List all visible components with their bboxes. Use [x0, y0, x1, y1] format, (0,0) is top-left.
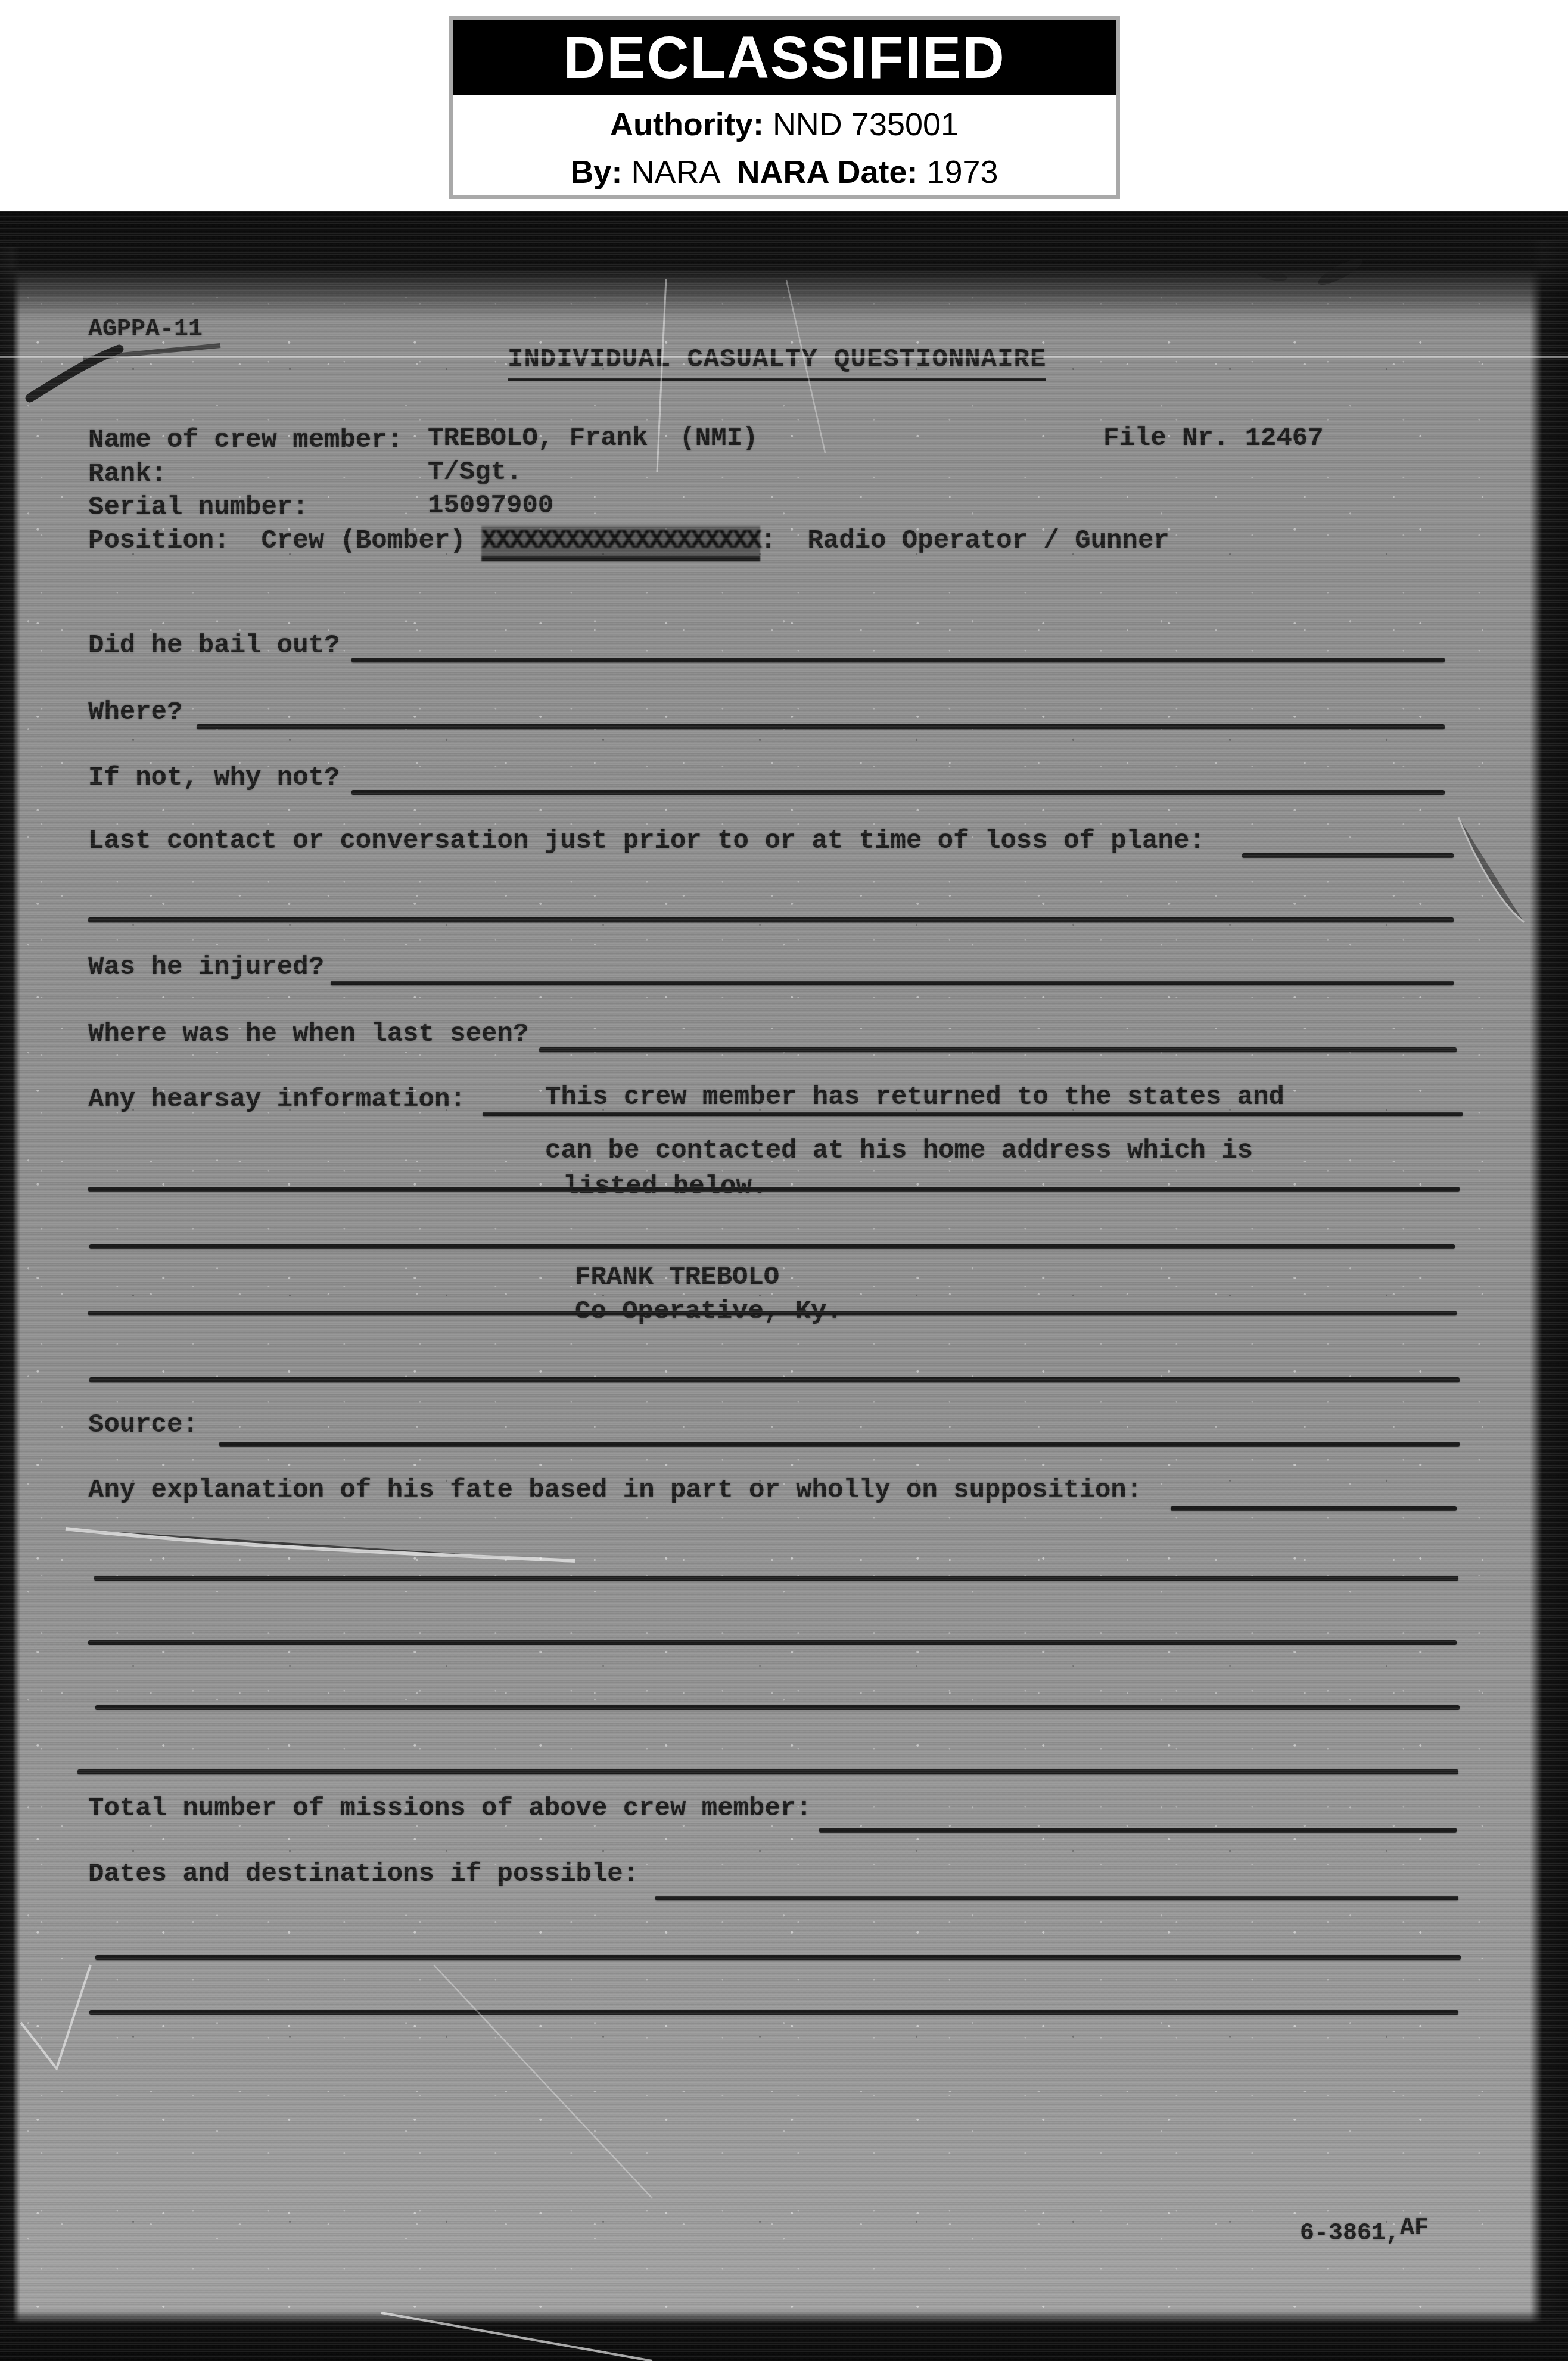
- answer-line: [197, 724, 1445, 729]
- answer-line: [483, 1112, 1463, 1116]
- declassified-stamp: DECLASSIFIED Authority: NND 735001 By: N…: [449, 16, 1120, 199]
- answer-line: [331, 981, 1454, 985]
- footer-code-suffix: AF: [1400, 2215, 1429, 2242]
- name-label: Name of crew member:: [88, 426, 403, 455]
- answer-line: [539, 1047, 1457, 1052]
- rank-value: T/Sgt.: [428, 458, 522, 487]
- scan-edge-bottom: [0, 2310, 1568, 2361]
- scan-edge-top: [0, 211, 1568, 319]
- position-row: Position: Crew (Bomber) XXXXXXXXXXXXXXXX…: [88, 527, 1169, 555]
- file-value: 12467: [1245, 424, 1324, 453]
- answer-line: [88, 1187, 1460, 1192]
- answer-line: [95, 1955, 1461, 1960]
- answer-line: [95, 1705, 1460, 1710]
- answer-line: [351, 790, 1445, 795]
- answer-line: [89, 1377, 1460, 1382]
- scan-edge-right: [1530, 240, 1568, 2361]
- hearsay-answer-line1: This crew member has returned to the sta…: [545, 1083, 1284, 1112]
- by-row: By: NARA NARA Date: 1973: [570, 154, 998, 191]
- question-bail-out: Did he bail out?: [88, 632, 340, 660]
- question-where: Where?: [88, 698, 182, 727]
- contact-name: FRANK TREBOLO: [575, 1263, 779, 1292]
- footer-code: 6-3861,AF: [1300, 2221, 1429, 2247]
- hearsay-answer-line2: can be contacted at his home address whi…: [545, 1137, 1253, 1165]
- question-injured: Was he injured?: [88, 953, 324, 982]
- declassified-banner: DECLASSIFIED: [453, 20, 1116, 95]
- question-last-contact: Last contact or conversation just prior …: [88, 827, 1205, 856]
- answer-line: [655, 1896, 1458, 1900]
- scan-edge-left: [0, 247, 20, 2361]
- position-colon: :: [760, 526, 807, 556]
- question-source: Source:: [88, 1411, 198, 1439]
- answer-line: [219, 1442, 1460, 1447]
- footer-code-main: 6-3861,: [1300, 2220, 1400, 2247]
- question-last-seen: Where was he when last seen?: [88, 1020, 528, 1049]
- declassified-title: DECLASSIFIED: [563, 24, 1005, 92]
- answer-line: [94, 1576, 1458, 1581]
- answer-line: [1171, 1506, 1457, 1511]
- date-label: NARA Date:: [736, 154, 926, 190]
- question-explanation: Any explanation of his fate based in par…: [88, 1476, 1142, 1505]
- position-label: Position: Crew (Bomber): [88, 526, 481, 556]
- question-dates: Dates and destinations if possible:: [88, 1860, 639, 1889]
- page: DECLASSIFIED Authority: NND 735001 By: N…: [0, 0, 1568, 2361]
- answer-line: [89, 1244, 1455, 1249]
- document-title: INDIVIDUAL CASUALTY QUESTIONNAIRE: [508, 346, 1046, 381]
- question-missions: Total number of missions of above crew m…: [88, 1794, 812, 1823]
- question-why-not: If not, why not?: [88, 764, 340, 792]
- date-value: 1973: [926, 154, 998, 190]
- by-label: By:: [570, 154, 631, 190]
- name-value: TREBOLO, Frank (NMI): [428, 424, 758, 453]
- answer-line: [88, 1640, 1457, 1645]
- serial-value: 15097900: [428, 492, 553, 520]
- serial-label: Serial number:: [88, 493, 309, 522]
- form-code: AGPPA-11: [88, 317, 203, 343]
- answer-line: [351, 658, 1445, 662]
- answer-line: [77, 1769, 1458, 1774]
- by-value: NARA: [631, 154, 736, 190]
- authority-value: NND 735001: [773, 107, 959, 142]
- question-hearsay: Any hearsay information:: [88, 1085, 466, 1114]
- authority-row: Authority: NND 735001: [610, 106, 959, 143]
- authority-label: Authority:: [610, 107, 773, 142]
- answer-line: [819, 1828, 1457, 1833]
- rank-label: Rank:: [88, 460, 167, 489]
- answer-line: [89, 2010, 1458, 2015]
- contact-address: Co Operative, Ky.: [575, 1298, 842, 1326]
- hearsay-answer-line3: listed below.: [563, 1172, 767, 1201]
- position-redaction: XXXXXXXXXXXXXXXXXXXX: [481, 526, 760, 561]
- answer-line: [1242, 853, 1454, 858]
- file-number: File Nr. 12467: [1103, 424, 1324, 453]
- answer-line: [88, 917, 1454, 922]
- position-value: Radio Operator / Gunner: [807, 526, 1169, 556]
- file-label: File Nr.: [1103, 424, 1245, 453]
